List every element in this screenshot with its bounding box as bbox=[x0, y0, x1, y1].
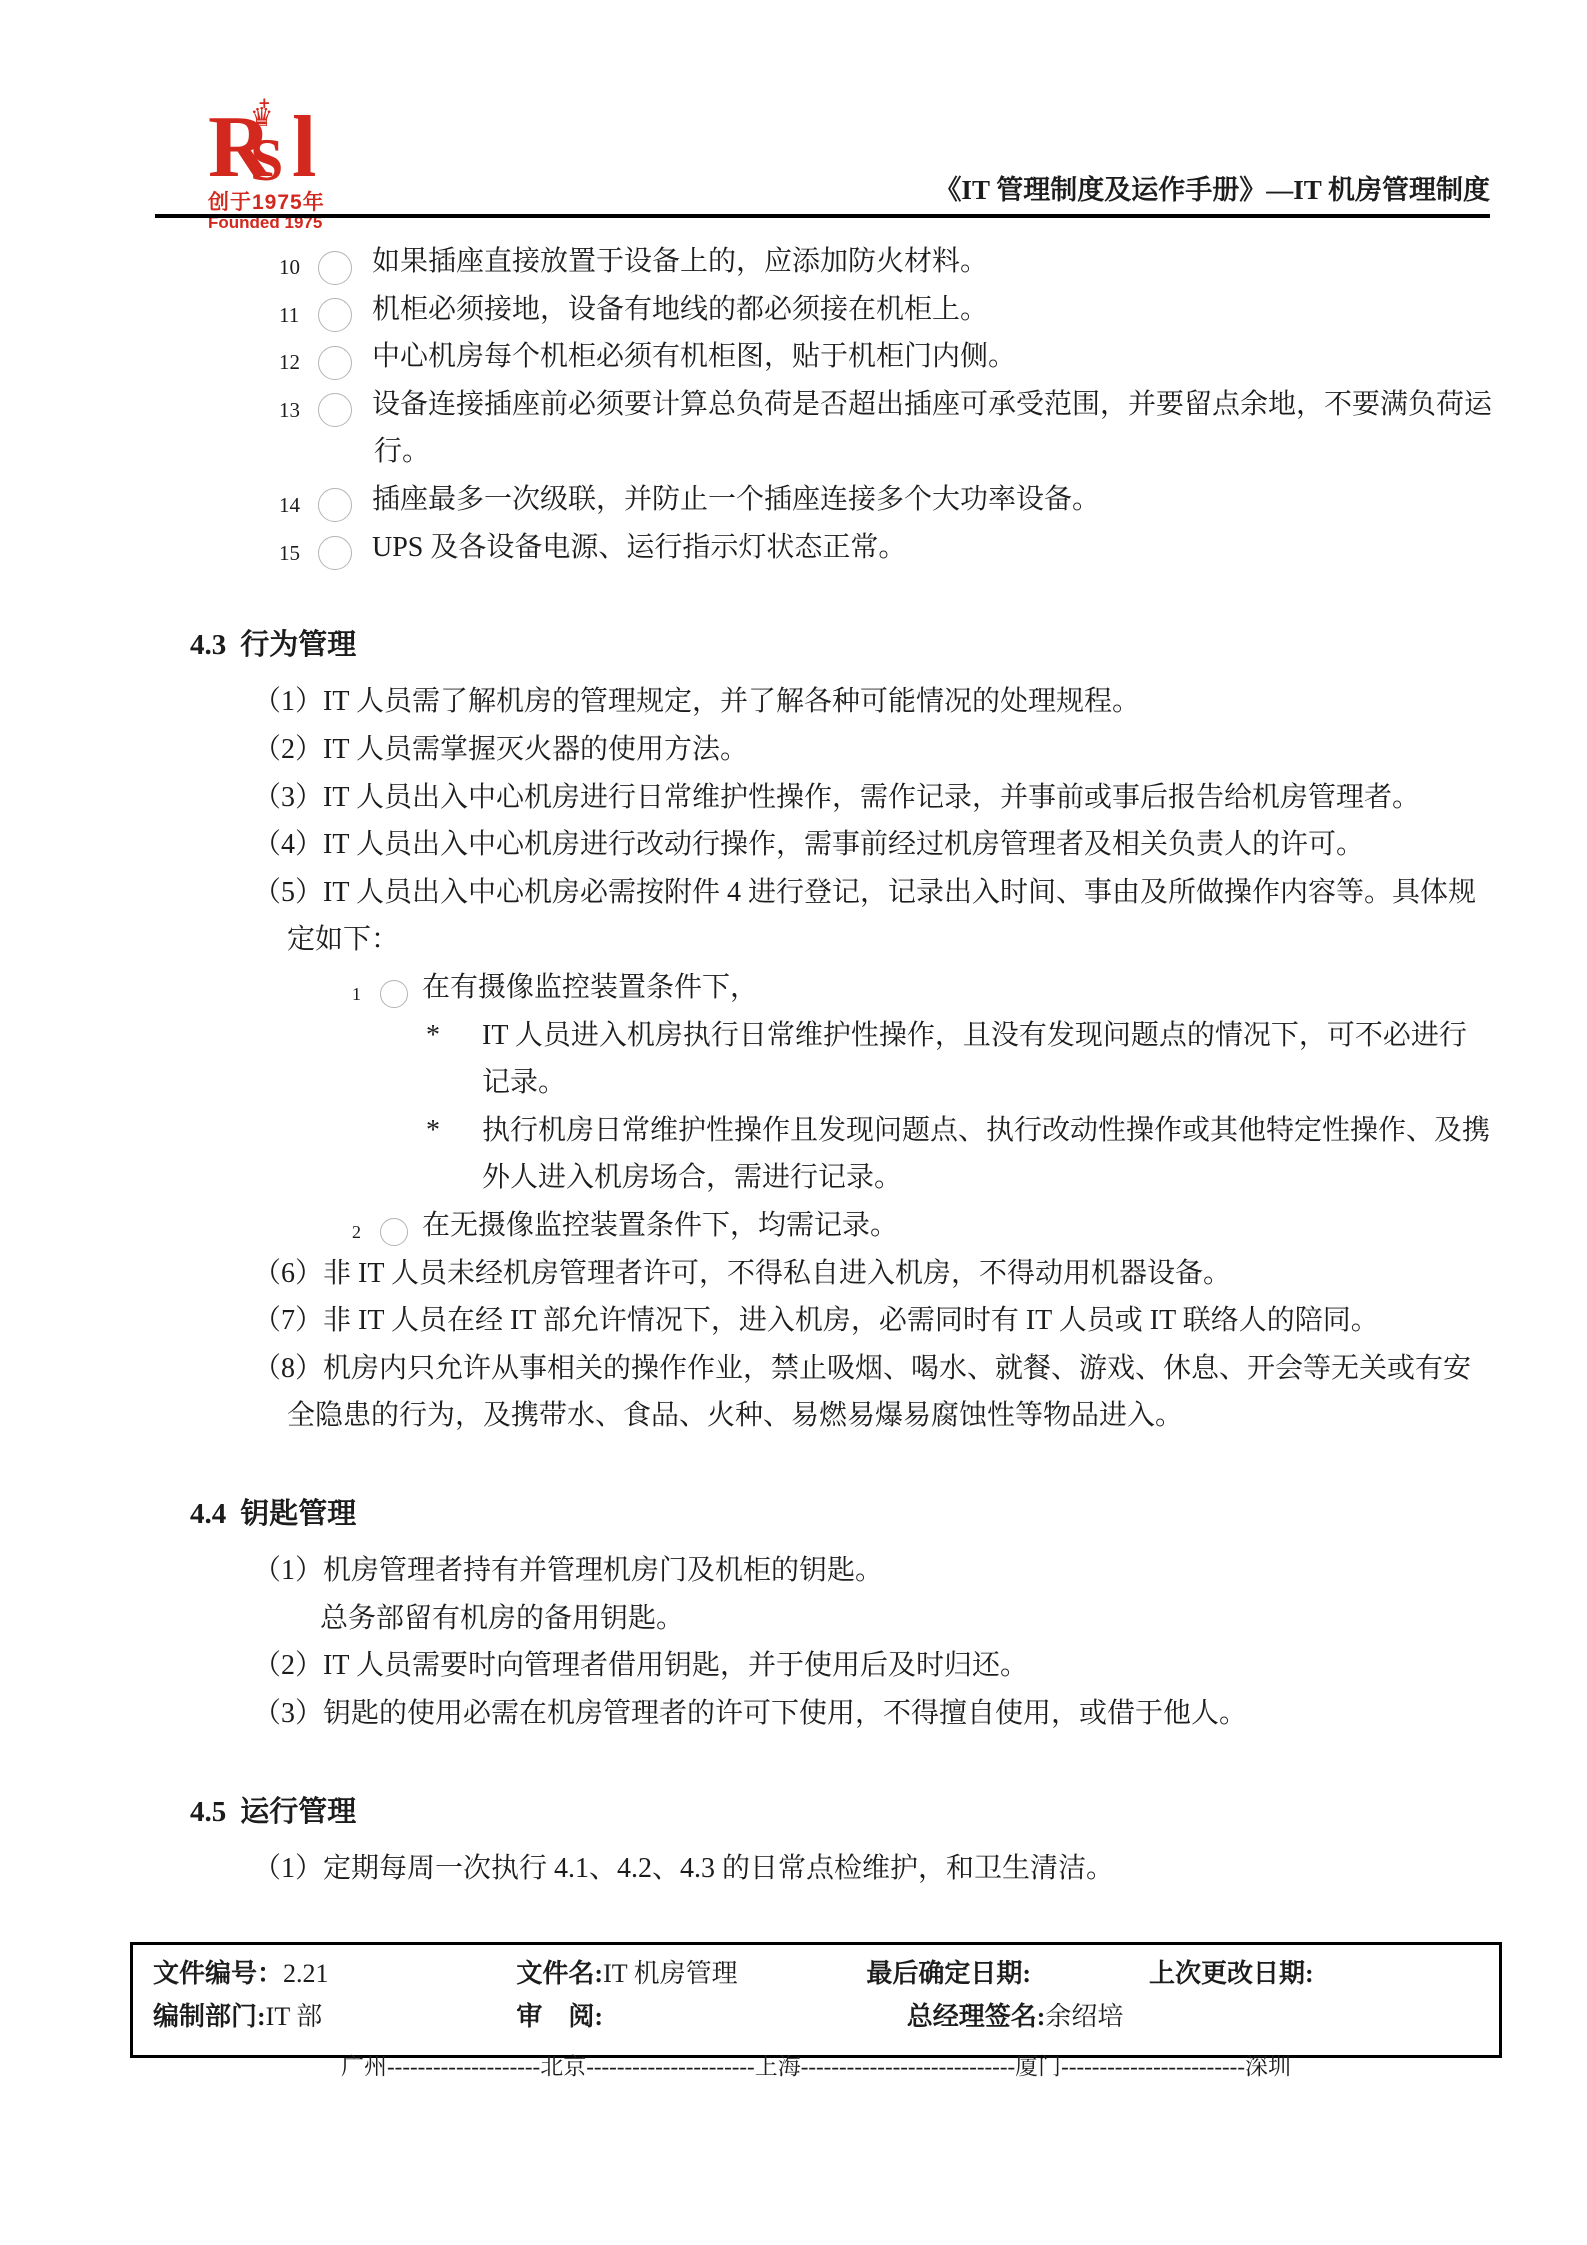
star-item-text: 执行机房日常维护性操作且发现问题点、执行改动性操作或其他特定性操作、及携外人进入… bbox=[482, 1115, 1490, 1194]
list-item-continuation: 总务部留有机房的备用钥匙。 bbox=[130, 1595, 1492, 1643]
doc-name-label: 文件名: bbox=[516, 1959, 603, 1988]
footer-row-1: 文件编号：2.21 文件名:IT 机房管理 最后确定日期: 上次更改日期: bbox=[133, 1953, 1499, 1996]
header-rule bbox=[155, 214, 1490, 218]
item-label: （1） bbox=[253, 1853, 323, 1884]
asterisk-marker: * bbox=[454, 1012, 482, 1060]
review-label: 审 阅: bbox=[516, 2002, 603, 2031]
list-item-text: 定期每周一次执行 4.1、4.2、4.3 的日常点检维护，和卫生清洁。 bbox=[323, 1853, 1114, 1884]
star-list-item: *IT 人员进入机房执行日常维护性操作，且没有发现问题点的情况下，可不必进行记录… bbox=[130, 1012, 1492, 1107]
list-item-text: 机房管理者持有并管理机房门及机柜的钥匙。 bbox=[323, 1555, 883, 1586]
item-label: （5） bbox=[253, 877, 323, 908]
document-footer-table: 文件编号：2.21 文件名:IT 机房管理 最后确定日期: 上次更改日期: 编制… bbox=[130, 1942, 1502, 2058]
list-item: （8）机房内只允许从事相关的操作作业，禁止吸烟、喝水、就餐、游戏、休息、开会等无… bbox=[130, 1345, 1492, 1440]
last-change-label: 上次更改日期: bbox=[1149, 1959, 1314, 1988]
last-change-cell: 上次更改日期: bbox=[1149, 1953, 1499, 1996]
list-item-text: IT 人员出入中心机房进行改动行操作，需事前经过机房管理者及相关负责人的许可。 bbox=[323, 829, 1364, 860]
sub-item-text: 在有摄像监控装置条件下， bbox=[422, 972, 758, 1003]
list-item-text: 插座最多一次级联，并防止一个插座连接多个大功率设备。 bbox=[372, 484, 1100, 515]
circled-number: 11 bbox=[318, 298, 352, 332]
footer-row-2: 编制部门:IT 部 审 阅: 总经理签名:余绍培 bbox=[133, 1996, 1499, 2039]
list-item: （1）机房管理者持有并管理机房门及机柜的钥匙。 bbox=[130, 1547, 1492, 1595]
item-label: （2） bbox=[253, 1650, 323, 1681]
item-label: （8） bbox=[253, 1353, 323, 1384]
section-title: 钥匙管理 bbox=[240, 1498, 356, 1530]
list-item-text: 非 IT 人员未经机房管理者许可，不得私自进入机房，不得动用机器设备。 bbox=[323, 1258, 1231, 1289]
list-item-text: 中心机房每个机柜必须有机柜图，贴于机柜门内侧。 bbox=[372, 341, 1016, 372]
gm-sign-label: 总经理签名: bbox=[907, 2002, 1046, 2031]
item-label: （3） bbox=[253, 782, 323, 813]
list-item-text: IT 人员需了解机房的管理规定，并了解各种可能情况的处理规程。 bbox=[323, 686, 1140, 717]
circled-number: 14 bbox=[318, 488, 352, 522]
list-item-text: 机房内只允许从事相关的操作作业，禁止吸烟、喝水、就餐、游戏、休息、开会等无关或有… bbox=[287, 1353, 1471, 1432]
review-cell: 审 阅: bbox=[516, 1996, 906, 2039]
list-item-text: UPS 及各设备电源、运行指示灯状态正常。 bbox=[372, 532, 906, 563]
doc-number-value: 2.21 bbox=[283, 1959, 329, 1988]
section-title: 行为管理 bbox=[240, 629, 356, 661]
dept-label: 编制部门: bbox=[153, 2002, 266, 2031]
item-label: （6） bbox=[253, 1258, 323, 1289]
sub-item-text: 在无摄像监控装置条件下，均需记录。 bbox=[422, 1210, 898, 1241]
gm-sign-value: 余绍培 bbox=[1045, 2002, 1123, 2031]
list-item-text: IT 人员出入中心机房必需按附件 4 进行登记，记录出入时间、事由及所做操作内容… bbox=[287, 877, 1476, 956]
list-item: 14插座最多一次级联，并防止一个插座连接多个大功率设备。 bbox=[130, 476, 1492, 524]
list-item: （3）钥匙的使用必需在机房管理者的许可下使用，不得擅自使用，或借于他人。 bbox=[130, 1690, 1492, 1738]
gm-sign-cell: 总经理签名:余绍培 bbox=[907, 1996, 1499, 2039]
list-item-text: 设备连接插座前必须要计算总负荷是否超出插座可承受范围，并要留点余地，不要满负荷运… bbox=[372, 389, 1492, 468]
list-item: 12中心机房每个机柜必须有机柜图，贴于机柜门内侧。 bbox=[130, 333, 1492, 381]
circled-number: 15 bbox=[318, 536, 352, 570]
asterisk-marker: * bbox=[454, 1107, 482, 1155]
dept-value: IT 部 bbox=[266, 2002, 323, 2031]
doc-number-cell: 文件编号：2.21 bbox=[153, 1953, 516, 1996]
list-item-text: IT 人员需要时向管理者借用钥匙，并于使用后及时归还。 bbox=[323, 1650, 1028, 1681]
section-heading-4-3: 4.3行为管理 bbox=[190, 621, 1492, 670]
company-logo: R + ♛ S l 创于1975年 Founded 1975 bbox=[208, 92, 378, 232]
item-label: （3） bbox=[253, 1698, 323, 1729]
branch-cities-line: 广州--------------------北京----------------… bbox=[130, 2048, 1502, 2081]
list-item: （1）定期每周一次执行 4.1、4.2、4.3 的日常点检维护，和卫生清洁。 bbox=[130, 1845, 1492, 1893]
list-item: 15UPS 及各设备电源、运行指示灯状态正常。 bbox=[130, 524, 1492, 572]
logo-letter-l: l bbox=[292, 99, 316, 184]
list-item-text: 机柜必须接地，设备有地线的都必须接在机柜上。 bbox=[372, 294, 988, 325]
page-header-title: 《IT 管理制度及运作手册》—IT 机房管理制度 bbox=[934, 168, 1490, 207]
final-date-label: 最后确定日期: bbox=[866, 1959, 1031, 1988]
circled-number: 2 bbox=[380, 1218, 408, 1246]
document-page: R + ♛ S l 创于1975年 Founded 1975 《IT 管理制度及… bbox=[0, 0, 1587, 2245]
document-body: 10如果插座直接放置于设备上的，应添加防火材料。 11机柜必须接地，设备有地线的… bbox=[130, 238, 1492, 1893]
logo-monogram: R + ♛ S l bbox=[208, 92, 336, 184]
circled-number: 1 bbox=[380, 980, 408, 1008]
list-item-text: IT 人员需掌握灭火器的使用方法。 bbox=[323, 734, 748, 765]
list-item: 10如果插座直接放置于设备上的，应添加防火材料。 bbox=[130, 238, 1492, 286]
item-label: （1） bbox=[253, 686, 323, 717]
list-item: （1）IT 人员需了解机房的管理规定，并了解各种可能情况的处理规程。 bbox=[130, 678, 1492, 726]
doc-name-cell: 文件名:IT 机房管理 bbox=[516, 1953, 866, 1996]
section-heading-4-4: 4.4钥匙管理 bbox=[190, 1490, 1492, 1539]
list-item: （3）IT 人员出入中心机房进行日常维护性操作，需作记录，并事前或事后报告给机房… bbox=[130, 774, 1492, 822]
section-number: 4.3 bbox=[190, 629, 226, 661]
logo-founded-cn: 创于1975年 bbox=[208, 191, 378, 214]
circled-number: 10 bbox=[318, 251, 352, 285]
list-item: 13设备连接插座前必须要计算总负荷是否超出插座可承受范围，并要留点余地，不要满负… bbox=[130, 381, 1492, 476]
list-item: 11机柜必须接地，设备有地线的都必须接在机柜上。 bbox=[130, 286, 1492, 334]
section-title: 运行管理 bbox=[240, 1796, 356, 1828]
list-item: （6）非 IT 人员未经机房管理者许可，不得私自进入机房，不得动用机器设备。 bbox=[130, 1250, 1492, 1298]
star-item-text: IT 人员进入机房执行日常维护性操作，且没有发现问题点的情况下，可不必进行记录。 bbox=[482, 1020, 1467, 1099]
doc-name-value: IT 机房管理 bbox=[603, 1959, 738, 1988]
sub-list-item: 2在无摄像监控装置条件下，均需记录。 bbox=[130, 1202, 1492, 1250]
logo-letter-s: S bbox=[250, 127, 283, 184]
list-item-text: 钥匙的使用必需在机房管理者的许可下使用，不得擅自使用，或借于他人。 bbox=[323, 1698, 1247, 1729]
sub-list-item: 1在有摄像监控装置条件下， bbox=[130, 964, 1492, 1012]
list-item-text: 如果插座直接放置于设备上的，应添加防火材料。 bbox=[372, 246, 988, 277]
star-list-item: *执行机房日常维护性操作且发现问题点、执行改动性操作或其他特定性操作、及携外人进… bbox=[130, 1107, 1492, 1202]
circled-number: 12 bbox=[318, 346, 352, 380]
list-item-text: IT 人员出入中心机房进行日常维护性操作，需作记录，并事前或事后报告给机房管理者… bbox=[323, 782, 1420, 813]
item-label: （4） bbox=[253, 829, 323, 860]
dept-cell: 编制部门:IT 部 bbox=[153, 1996, 516, 2039]
item-label: （2） bbox=[253, 734, 323, 765]
circled-number: 13 bbox=[318, 393, 352, 427]
list-item: （5）IT 人员出入中心机房必需按附件 4 进行登记，记录出入时间、事由及所做操… bbox=[130, 869, 1492, 964]
section-heading-4-5: 4.5运行管理 bbox=[190, 1788, 1492, 1837]
list-item: （4）IT 人员出入中心机房进行改动行操作，需事前经过机房管理者及相关负责人的许… bbox=[130, 821, 1492, 869]
list-item: （2）IT 人员需要时向管理者借用钥匙，并于使用后及时归还。 bbox=[130, 1642, 1492, 1690]
section-number: 4.5 bbox=[190, 1796, 226, 1828]
doc-number-label: 文件编号： bbox=[153, 1959, 283, 1988]
section-number: 4.4 bbox=[190, 1498, 226, 1530]
list-item: （7）非 IT 人员在经 IT 部允许情况下，进入机房，必需同时有 IT 人员或… bbox=[130, 1297, 1492, 1345]
list-item: （2）IT 人员需掌握灭火器的使用方法。 bbox=[130, 726, 1492, 774]
item-label: （7） bbox=[253, 1305, 323, 1336]
list-item-text: 非 IT 人员在经 IT 部允许情况下，进入机房，必需同时有 IT 人员或 IT… bbox=[323, 1305, 1379, 1336]
item-label: （1） bbox=[253, 1555, 323, 1586]
final-date-cell: 最后确定日期: bbox=[866, 1953, 1149, 1996]
